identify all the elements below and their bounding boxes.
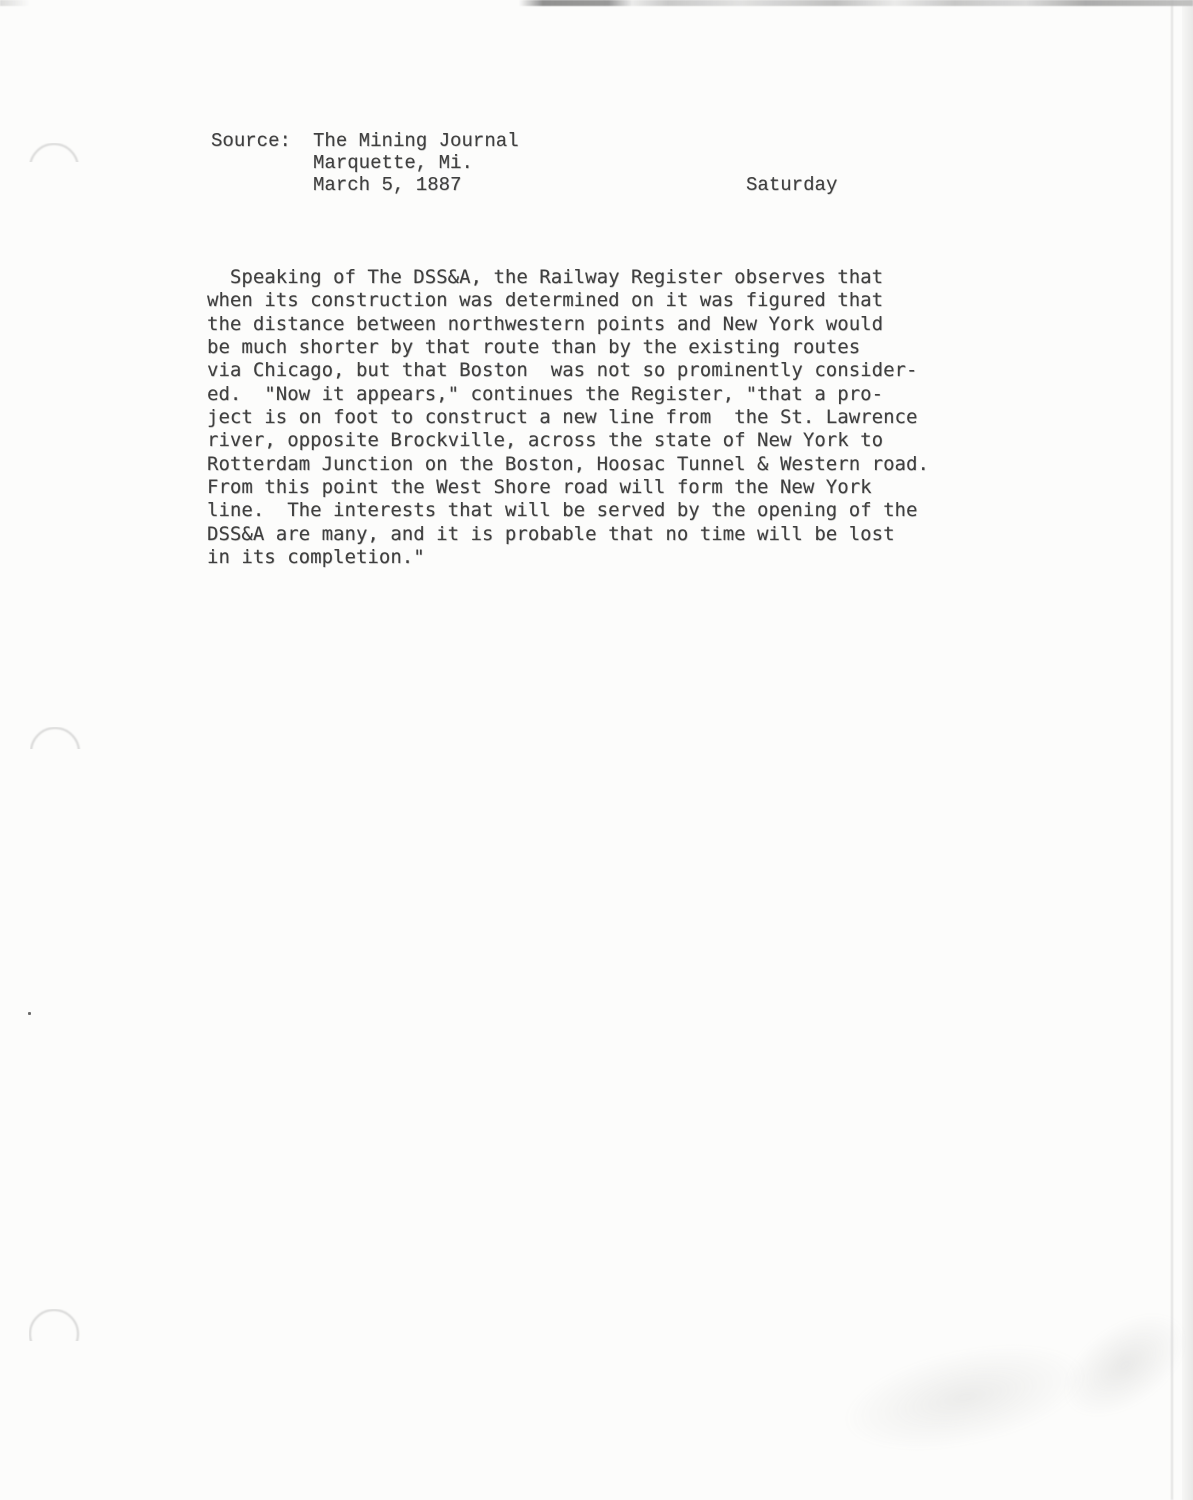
hole-punch-mark-middle bbox=[30, 727, 84, 749]
scanned-document-page: Source: The Mining Journal Marquette, Mi… bbox=[0, 0, 1193, 1500]
stray-ink-dot bbox=[28, 1012, 31, 1015]
publication-date: March 5, 1887 bbox=[313, 174, 461, 196]
article-text: Speaking of The DSS&A, the Railway Regis… bbox=[207, 266, 929, 569]
page-fold-line bbox=[1171, 0, 1173, 1500]
hole-punch-mark-top bbox=[29, 143, 83, 162]
hole-punch-ring bbox=[29, 1309, 79, 1341]
weekday-label: Saturday bbox=[746, 174, 837, 196]
scan-edge-smudge-top bbox=[0, 0, 1193, 6]
hole-punch-ring bbox=[30, 727, 80, 749]
source-label: Source: bbox=[211, 130, 291, 152]
publication-name: The Mining Journal bbox=[313, 130, 519, 152]
hole-punch-mark-bottom bbox=[29, 1309, 83, 1341]
publication-location: Marquette, Mi. bbox=[313, 152, 473, 174]
scan-edge-shade-right bbox=[1182, 0, 1193, 1500]
hole-punch-ring bbox=[29, 143, 79, 162]
bottom-right-smudge bbox=[833, 1325, 1097, 1470]
